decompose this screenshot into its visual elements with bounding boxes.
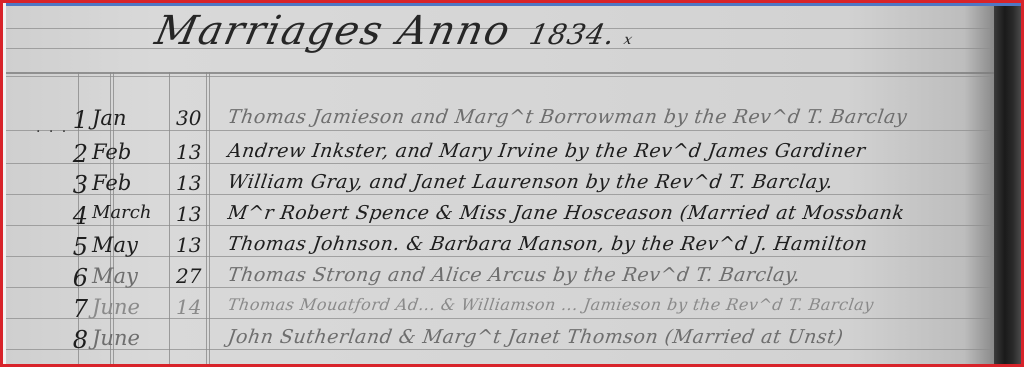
title-mark: x <box>622 32 635 48</box>
register-entry: 6 May 27 Thomas Strong and Alice Arcus b… <box>6 264 994 294</box>
entry-number: 6 <box>62 264 88 292</box>
register-entry: 8 June John Sutherland & Marg^t Janet Th… <box>6 326 994 356</box>
entry-month: Jan <box>92 106 172 130</box>
entry-day: 13 <box>176 202 210 226</box>
entry-text: William Gray, and Janet Laurenson by the… <box>226 171 834 193</box>
entry-text: M^r Robert Spence & Miss Jane Hosceason … <box>226 202 906 224</box>
entry-text: Andrew Inkster, and Mary Irvine by the R… <box>226 140 867 162</box>
register-entry: 2 Feb 13 Andrew Inkster, and Mary Irvine… <box>6 140 994 170</box>
entry-day: 13 <box>176 233 210 257</box>
entry-month: Feb <box>92 171 172 195</box>
header-rule <box>6 76 994 77</box>
title-text: Marriages Anno <box>151 8 515 54</box>
register-page: Marriages Anno1834.x . . . 1 Jan 30 Thom… <box>6 6 994 364</box>
entry-number: 2 <box>62 140 88 168</box>
register-entry: 5 May 13 Thomas Johnson. & Barbara Manso… <box>6 233 994 263</box>
entry-month: May <box>92 264 172 288</box>
register-entry: 7 June 14 Thomas Mouatford Ad... & Willi… <box>6 295 994 325</box>
entry-number: 1 <box>62 106 88 134</box>
entry-text: Thomas Mouatford Ad... & Williamson ... … <box>227 295 875 314</box>
register-entry: 4 March 13 M^r Robert Spence & Miss Jane… <box>6 202 994 232</box>
entry-month: June <box>92 326 172 350</box>
entry-month: June <box>92 295 172 319</box>
entry-text: John Sutherland & Marg^t Janet Thomson (… <box>226 326 844 348</box>
register-entry: 3 Feb 13 William Gray, and Janet Laurens… <box>6 171 994 201</box>
book-binding-edge <box>994 6 1021 364</box>
entry-month: March <box>92 202 172 223</box>
entry-number: 8 <box>62 326 88 354</box>
entry-day: 14 <box>176 295 210 319</box>
entry-text: Thomas Johnson. & Barbara Manson, by the… <box>226 233 868 255</box>
header-rule <box>6 72 994 74</box>
entry-day: 13 <box>176 171 210 195</box>
entry-number: 3 <box>62 171 88 199</box>
entry-number: 7 <box>62 295 88 323</box>
entry-month: Feb <box>92 140 172 164</box>
entry-number: 5 <box>62 233 88 261</box>
entry-day: 30 <box>176 106 210 130</box>
entry-number: 4 <box>62 202 88 230</box>
entry-text: Thomas Strong and Alice Arcus by the Rev… <box>226 264 801 286</box>
register-entry: 1 Jan 30 Thomas Jamieson and Marg^t Borr… <box>6 106 994 136</box>
entry-month: May <box>92 233 172 257</box>
title-year: 1834. <box>526 18 618 51</box>
entry-day: 13 <box>176 140 210 164</box>
entry-day: 27 <box>176 264 210 288</box>
register-title: Marriages Anno1834.x <box>151 8 641 54</box>
entry-text: Thomas Jamieson and Marg^t Borrowman by … <box>226 106 908 128</box>
